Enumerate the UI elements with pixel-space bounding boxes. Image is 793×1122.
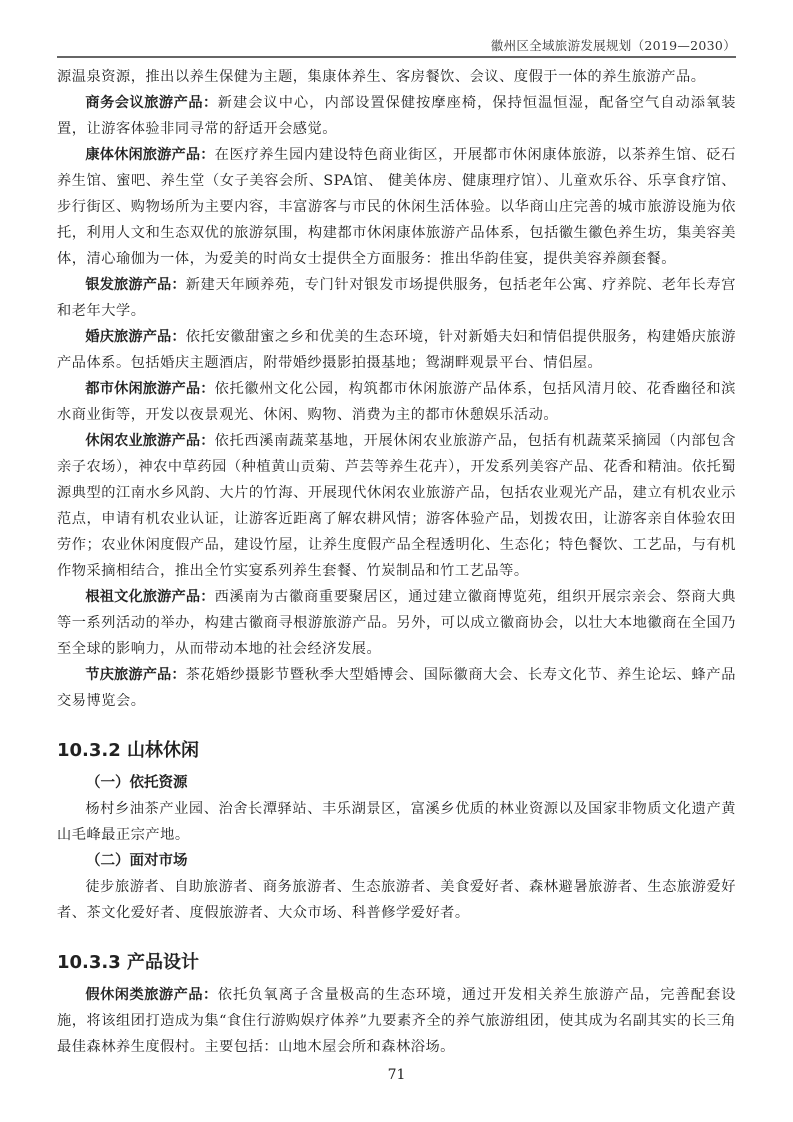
page-body: 源温泉资源，推出以养生保健为主题，集康体养生、客房餐饮、会议、度假于一体的养生旅… (57, 64, 736, 1060)
section-heading-1033: 10.3.3 产品设计 (57, 948, 736, 978)
section-heading-1032: 10.3.2 山林休闲 (57, 736, 736, 766)
paragraph-market: 徒步旅游者、自助旅游者、商务旅游者、生态旅游者、美食爱好者、森林避暑旅游者、生态… (57, 874, 736, 926)
page-number: 71 (0, 1067, 793, 1083)
paragraph-urban-leisure: 都市休闲旅游产品：依托徽州文化公园，构筑都市休闲旅游产品体系，包括风清月皎、花香… (57, 376, 736, 428)
paragraph-festival: 节庆旅游产品：茶花婚纱摄影节暨秋季大型婚博会、国际徽商大会、长寿文化节、养生论坛… (57, 662, 736, 714)
paragraph-agriculture: 休闲农业旅游产品：依托西溪南蔬菜基地，开展休闲农业旅游产品，包括有机蔬菜采摘园（… (57, 428, 736, 584)
paragraph-silver: 银发旅游产品：新建天年顾养苑，专门针对银发市场提供服务，包括老年公寓、疗养院、老… (57, 272, 736, 324)
paragraph-wellness-leisure: 康体休闲旅游产品：在医疗养生园内建设特色商业街区，开展都市休闲康体旅游，以茶养生… (57, 142, 736, 272)
paragraph-roots-culture: 根祖文化旅游产品：西溪南为古徽商重要聚居区，通过建立徽商博览苑，组织开展宗亲会、… (57, 584, 736, 662)
document-title: 徽州区全域旅游发展规划（2019—2030） (491, 36, 736, 54)
subsection-heading-market: （二）面对市场 (57, 848, 736, 874)
paragraph-continued: 源温泉资源，推出以养生保健为主题，集康体养生、客房餐饮、会议、度假于一体的养生旅… (57, 64, 736, 90)
paragraph-resources: 杨村乡油茶产业园、治舍长潭驿站、丰乐湖景区，富溪乡优质的林业资源以及国家非物质文… (57, 796, 736, 848)
page-header: 徽州区全域旅游发展规划（2019—2030） (57, 36, 736, 58)
paragraph-business-meeting: 商务会议旅游产品：新建会议中心，内部设置保健按摩座椅，保持恒温恒湿，配备空气自动… (57, 90, 736, 142)
paragraph-forest-resort: 假休闲类旅游产品：依托负氧离子含量极高的生态环境，通过开发相关养生旅游产品，完善… (57, 982, 736, 1060)
subsection-heading-resources: （一）依托资源 (57, 770, 736, 796)
paragraph-wedding: 婚庆旅游产品：依托安徽甜蜜之乡和优美的生态环境，针对新婚夫妇和情侣提供服务，构建… (57, 324, 736, 376)
